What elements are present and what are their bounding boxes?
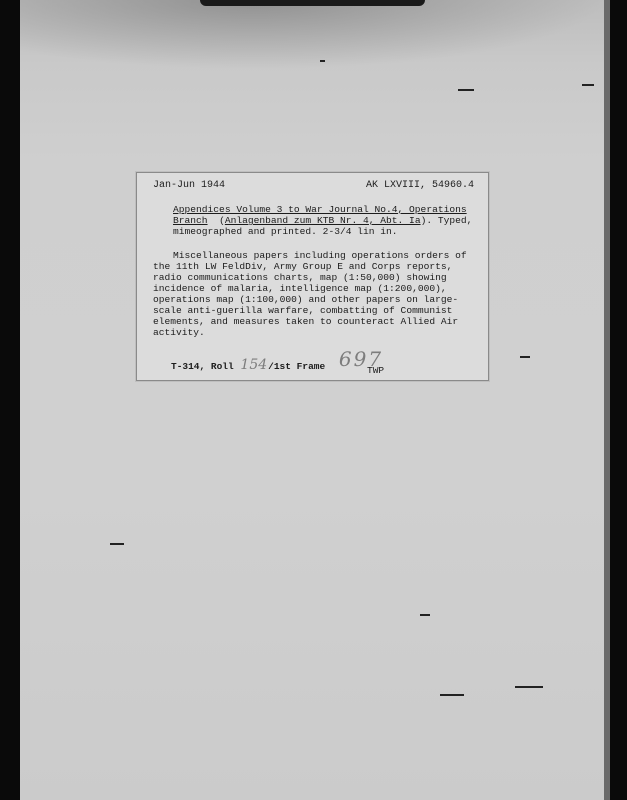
film-speck [320, 60, 325, 62]
film-speck [110, 543, 124, 545]
microfilm-frame: Jan-Jun 1944 AK LXVIII, 54960.4 Appendic… [0, 0, 627, 800]
page-edge [604, 0, 610, 800]
card-date: Jan-Jun 1944 [153, 180, 225, 191]
film-speck [420, 614, 430, 616]
title-german: Anlagenband zum KTB Nr. 4, Abt. Ia [225, 215, 421, 226]
frame-label: /1st Frame [268, 361, 325, 372]
series-prefix: T-314, Roll [171, 361, 234, 372]
film-speck [582, 84, 594, 86]
clip-shadow [200, 0, 425, 6]
film-speck [440, 694, 464, 696]
film-speck [458, 89, 474, 91]
film-speck [520, 356, 530, 358]
index-card: Jan-Jun 1944 AK LXVIII, 54960.4 Appendic… [136, 172, 489, 381]
document-page [20, 0, 606, 800]
roll-number-handwritten: 154 [240, 357, 267, 373]
title-paren-open: ( [213, 215, 225, 226]
card-footer: T-314, Roll 154/1st Frame 697 [171, 357, 383, 372]
card-reference: AK LXVIII, 54960.4 [366, 180, 474, 191]
card-title: Appendices Volume 3 to War Journal No.4,… [173, 204, 473, 237]
card-description: Miscellaneous papers including operation… [153, 250, 475, 338]
card-initials: TWP [367, 365, 384, 376]
film-speck [515, 686, 543, 688]
